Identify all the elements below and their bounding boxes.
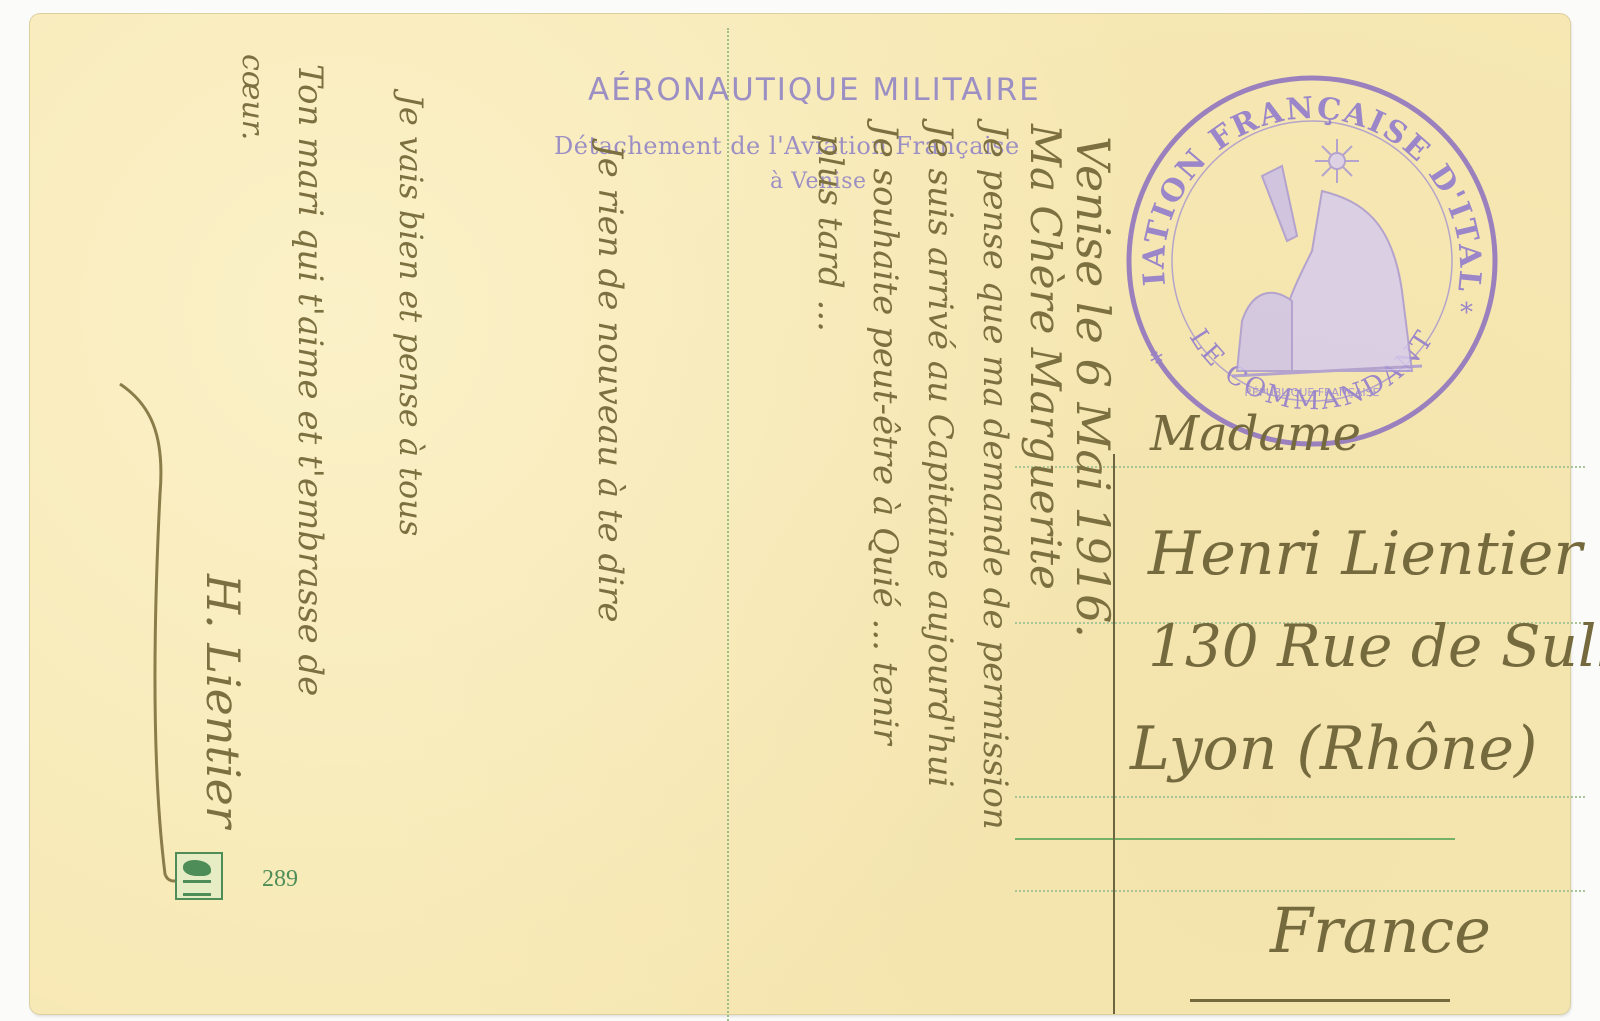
postcard: AÉRONAUTIQUE MILITAIRE Détachement de l'…	[30, 14, 1570, 1014]
signature-flourish	[110, 374, 230, 894]
address-street: 130 Rue de Sully	[1148, 612, 1600, 680]
message-line-2: Je pense que ma demande de permission	[975, 124, 1015, 830]
header-stamp-line1: AÉRONAUTIQUE MILITAIRE	[588, 72, 1041, 108]
message-line-5: plus tard ...	[810, 134, 850, 332]
address-line-4	[1015, 890, 1585, 892]
message-line-9: cœur.	[235, 54, 270, 140]
svg-text:RÉPUBLIQUE FRANÇAISE: RÉPUBLIQUE FRANÇAISE	[1244, 386, 1379, 399]
commander-seal-stamp: AVIATION FRANÇAISE D'ITALIE LE COMMANDAN…	[1122, 71, 1502, 451]
address-recipient-title: Madame	[1150, 406, 1361, 462]
address-line-3	[1015, 796, 1585, 798]
address-city: Lyon (Rhône)	[1130, 714, 1537, 784]
message-line-7: Je vais bien et pense à tous	[392, 94, 430, 536]
seal-outer-text: AVIATION FRANÇAISE D'ITALIE	[1122, 71, 1487, 295]
message-line-8: Ton mari qui t'aime et t'embrasse de	[290, 64, 330, 696]
address-solid-line	[1015, 838, 1455, 840]
publisher-number: 289	[262, 866, 298, 893]
message-dateline: Venise le 6 Mai 1916.	[1066, 136, 1120, 638]
message-line-4: Je souhaite peut-être à Quié ... tenir	[865, 124, 905, 745]
svg-text:*: *	[1150, 348, 1163, 378]
liberty-figure-icon	[1232, 139, 1422, 376]
message-line-3: Je suis arrivé au Capitaine aujourd'hui	[920, 124, 960, 787]
address-country: France	[1270, 894, 1491, 967]
message-line-6: Je rien de nouveau à te dire	[590, 144, 630, 622]
publisher-logo-icon	[175, 852, 223, 900]
address-recipient-name: Henri Lientier	[1148, 519, 1582, 589]
center-divider-line	[727, 28, 729, 1021]
message-line-1: Ma Chère Marguerite	[1021, 124, 1070, 590]
svg-text:*: *	[1460, 298, 1473, 328]
